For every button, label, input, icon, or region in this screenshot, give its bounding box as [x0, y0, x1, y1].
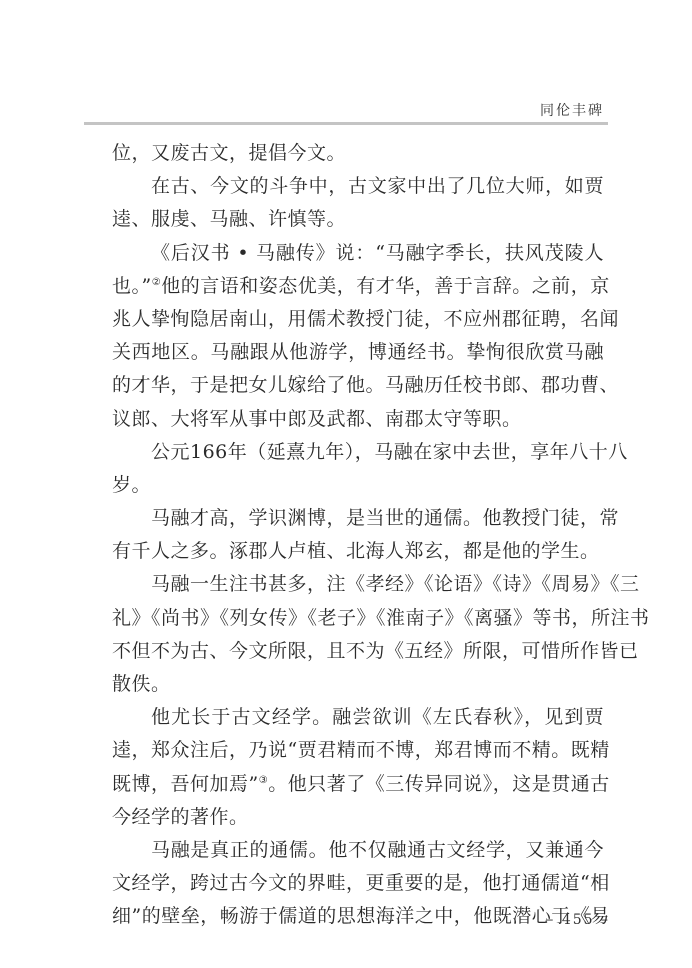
text-line: 逵，郑众注后，乃说“贾君精而不博，郑君博而不精。既精 [112, 734, 604, 767]
body-text: 位，又废古文，提倡今文。在古、今文的斗争中，古文家中出了几位大师，如贾逵、服虔、… [112, 137, 604, 934]
footnote-ref: ③ [259, 775, 268, 786]
text-line: 逵、服虔、马融、许慎等。 [112, 203, 604, 236]
text-line: 兆人挚恂隐居南山，用儒术教授门徒，不应州郡征聘，名闻 [112, 303, 604, 336]
text-line: 文经学，跨过古今文的界畦，更重要的是，他打通儒道“相 [112, 867, 604, 900]
text-line: 公元166年（延熹九年），马融在家中去世，享年八十八 [112, 436, 604, 469]
text-line: 马融一生注书甚多，注《孝经》《论语》《诗》《周易》《三 [112, 568, 604, 601]
text-line: 既博，吾何加焉”③。他只著了《三传异同说》，这是贯通古 [112, 768, 604, 801]
text-line: 也。”②他的言语和姿态优美，有才华，善于言辞。之前，京 [112, 270, 604, 303]
running-header: 同伦丰碑 [84, 96, 608, 125]
text-line: 议郎、大将军从事中郎及武都、南郡太守等职。 [112, 403, 604, 436]
text-line: 他尤长于古文经学。融尝欲训《左氏春秋》，见到贾 [112, 701, 604, 734]
text-line: 有千人之多。涿郡人卢植、北海人郑玄，都是他的学生。 [112, 535, 604, 568]
text-line: 散佚。 [112, 668, 604, 701]
header-title: 同伦丰碑 [540, 100, 604, 120]
text-line: 位，又废古文，提倡今文。 [112, 137, 604, 170]
text-line: 岁。 [112, 469, 604, 502]
text-line: 在古、今文的斗争中，古文家中出了几位大师，如贾 [112, 170, 604, 203]
text-line: 的才华，于是把女儿嫁给了他。马融历任校书郎、郡功曹、 [112, 369, 604, 402]
text-line: 《后汉书 • 马融传》说：“马融字季长，扶风茂陵人 [112, 237, 604, 270]
text-line: 今经学的著作。 [112, 801, 604, 834]
text-line: 礼》《尚书》《列女传》《老子》《淮南子》《离骚》等书，所注书 [112, 602, 604, 635]
text-line: 马融才高，学识渊博，是当世的通儒。他教授门徒，常 [112, 502, 604, 535]
text-line: 关西地区。马融跟从他游学，博通经书。挚恂很欣赏马融 [112, 336, 604, 369]
footnote-ref: ② [152, 277, 161, 288]
text-line: 不但不为古、今文所限，且不为《五经》所限，可惜所作皆已 [112, 635, 604, 668]
page-number: – 455 – [530, 912, 610, 928]
text-line: 马融是真正的通儒。他不仅融通古文经学，又兼通今 [112, 834, 604, 867]
